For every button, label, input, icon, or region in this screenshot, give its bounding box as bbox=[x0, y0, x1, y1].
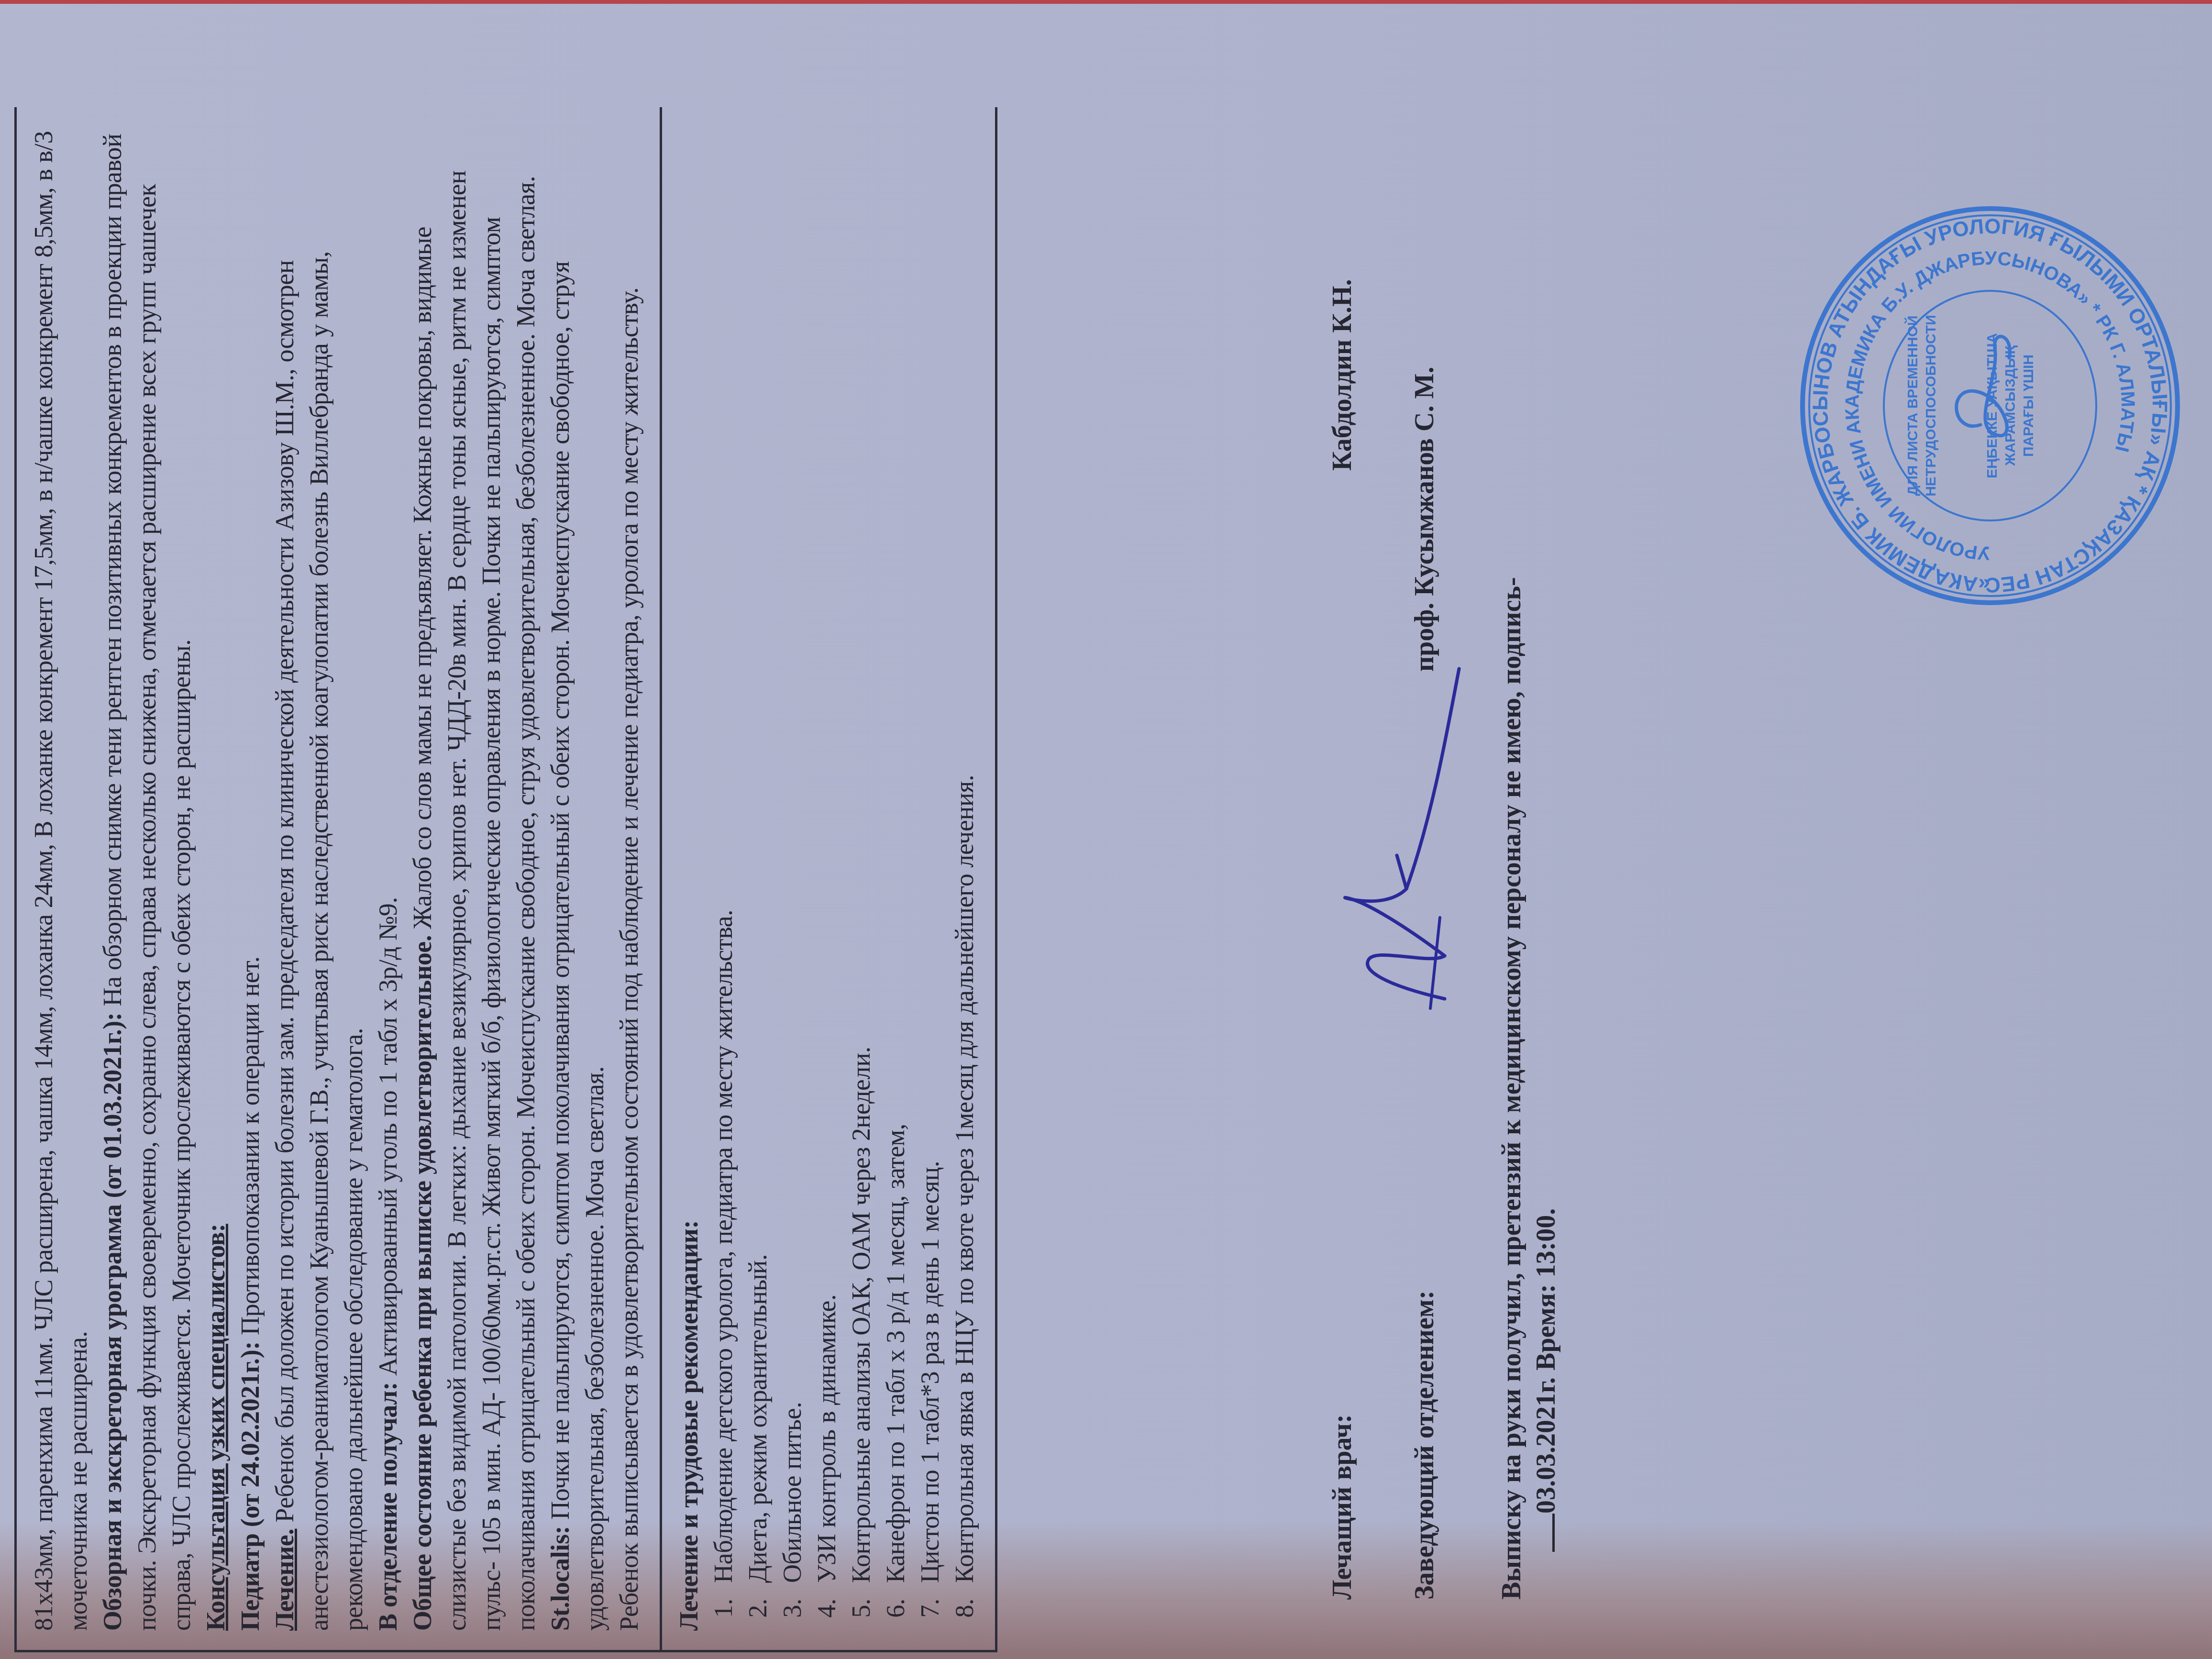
received-paragraph: В отделение получал: Активированный угол… bbox=[371, 126, 405, 1631]
department-head-label: Заведующий отделением: bbox=[1407, 1290, 1442, 1600]
received-text: Активированный уголь по 1 табл х 3р/д №9… bbox=[374, 897, 402, 1376]
recommendation-item: Обильное питье. bbox=[775, 126, 809, 1593]
recommendation-item: Диета, режим охранительный. bbox=[741, 126, 775, 1593]
treatment-text: Ребенок был доложен по истории болезни з… bbox=[270, 251, 368, 1631]
recommendation-item: Контрольная явка в НЦУ по квоте через 1м… bbox=[947, 126, 982, 1593]
receipt-date: 03.03.2021г. Время: 13:00. bbox=[1531, 1208, 1561, 1514]
received-label: В отделение получал: bbox=[374, 1382, 402, 1631]
receipt-date-line: 03.03.2021г. Время: 13:00. bbox=[1529, 122, 1563, 1600]
st-localis-label: St.localis: bbox=[546, 1526, 575, 1631]
institution-stamp-icon: «АКАДЕМИК Б. ЖАРБОСЫНОВ АТЫНДАҒЫ УРОЛОГИ… bbox=[1794, 195, 2186, 616]
recommendation-item: Канефрон по 1 табл х 3 р/д 1 месяц, зате… bbox=[878, 126, 913, 1593]
pediatrician-label: Педиатр (от 24.02.2021г.): bbox=[236, 1341, 265, 1631]
pediatrician-text: Противопоказании к операции нет. bbox=[236, 957, 265, 1336]
ultrasound-findings: 81х43мм, паренхима 11мм. ЧЛС расширена, … bbox=[26, 126, 95, 1631]
recommendation-item: УЗИ контроль в динамике. bbox=[809, 126, 844, 1593]
findings-block: 81х43мм, паренхима 11мм. ЧЛС расширена, … bbox=[17, 107, 660, 1650]
recommendation-item: Цистон по 1 табл*3 раз в день 1 месяц. bbox=[913, 126, 947, 1593]
st-localis-paragraph: St.localis: Почки не пальпируются, симпт… bbox=[543, 126, 612, 1631]
stamp-center-ru: ДЛЯ ЛИСТА ВРЕМЕННОЙ НЕТРУДОСПОСОБНОСТИ bbox=[1904, 315, 1940, 497]
receipt-blank bbox=[1552, 1514, 1555, 1552]
attending-doctor-name: Кабдолдин К.Н. bbox=[1325, 279, 1360, 471]
recommendation-item: Наблюдение детского уролога, педиатра по… bbox=[706, 126, 741, 1593]
recommendations-list: Наблюдение детского уролога, педиатра по… bbox=[706, 126, 982, 1631]
receipt-statement: Выписку на руки получил, претензий к мед… bbox=[1494, 122, 1563, 1652]
urogram-paragraph: Обзорная и экскреторная урограмма (от 01… bbox=[95, 126, 199, 1631]
stamp-center-kz: ЕҢБЕККЕ УАҚЫТША ЖАРАМСЫЗДЫҚ ПАРАҒЫ ҮШІН bbox=[1983, 315, 2038, 497]
discharge-statement: Ребенок выписывается в удовлетворительно… bbox=[612, 126, 646, 1631]
urogram-title: Обзорная и экскреторная урограмма (от 01… bbox=[98, 1013, 127, 1631]
discharge-document-page: 81х43мм, паренхима 11мм. ЧЛС расширена, … bbox=[0, 0, 2212, 1659]
department-head-name: проф. Кусымжанов С. М. bbox=[1407, 367, 1442, 672]
general-state-paragraph: Общее состояние ребенка при выписке удов… bbox=[405, 126, 543, 1631]
treatment-label: Лечение. bbox=[270, 1529, 299, 1631]
pediatrician-paragraph: Педиатр (от 24.02.2021г.): Противопоказа… bbox=[233, 126, 267, 1631]
handwritten-signature-icon bbox=[1287, 659, 1469, 1013]
recommendations-heading: Лечение и трудовые рекомендации: bbox=[672, 126, 706, 1631]
treatment-paragraph: Лечение. Ребенок был доложен по истории … bbox=[267, 126, 371, 1631]
attending-doctor-label: Лечащий врач: bbox=[1325, 1414, 1360, 1600]
consultation-heading: Консультация узких специалистов: bbox=[199, 126, 233, 1631]
st-localis-text: Почки не пальпируются, симптом поколачив… bbox=[546, 261, 609, 1631]
general-state-label: Общее состояние ребенка при выписке удов… bbox=[408, 935, 437, 1631]
recommendation-item: Контрольные анализы ОАК, ОАМ через 2неде… bbox=[844, 126, 878, 1593]
recommendations-block: Лечение и трудовые рекомендации: Наблюде… bbox=[660, 107, 995, 1650]
document-table: 81х43мм, паренхима 11мм. ЧЛС расширена, … bbox=[14, 107, 997, 1652]
receipt-line: Выписку на руки получил, претензий к мед… bbox=[1494, 122, 1529, 1600]
